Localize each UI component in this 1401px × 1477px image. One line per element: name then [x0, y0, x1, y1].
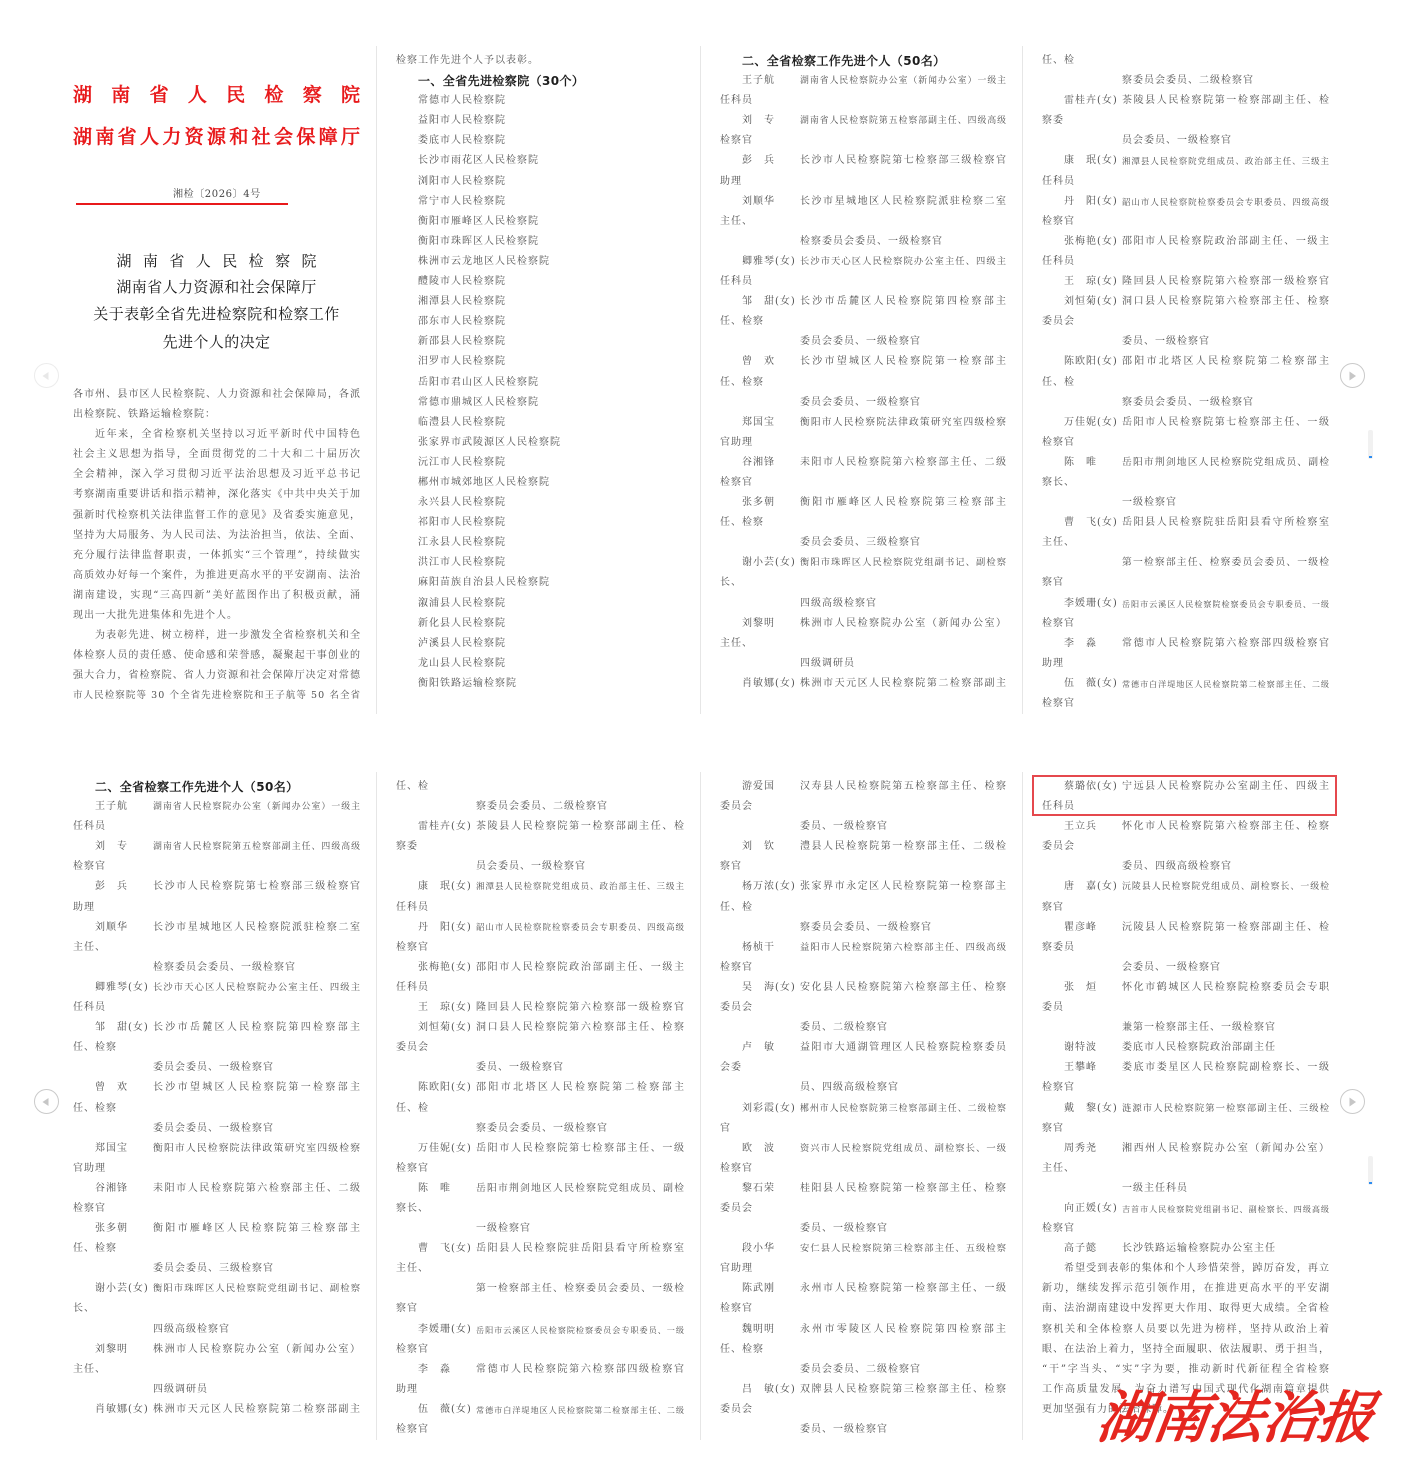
awardee-position: 茶陵县人民检察院第一检察部副主任、检 [476, 817, 684, 837]
line-text: 任、检察 [720, 1340, 1006, 1360]
awardee-position: 洞口县人民检察院第六检察部主任、检察 [1122, 292, 1329, 312]
line-text: 任科员 [396, 978, 684, 998]
line-text: 察长、 [396, 1199, 684, 1219]
awardee-position: 岳阳市荆剑地区人民检察院党组成员、副检 [476, 1179, 684, 1199]
line-text: 委员、一级检察官 [800, 817, 1006, 837]
document-title-line: 湖南省人力资源和社会保障厅 [73, 276, 360, 298]
continuation-line: 检察委员会委员、一级检察官 [73, 958, 360, 978]
court-list-item: 衡阳铁路运输检察院 [396, 674, 684, 694]
line-text: 衡阳市珠晖区人民检察院 [418, 232, 684, 252]
awardee-name: 卿雅琴(女) [742, 252, 800, 272]
court-list-item: 娄底市人民检察院 [396, 131, 684, 151]
body-text-line: 察机关和全体检察人员要以先进为榜样，坚持从政治上着 [1042, 1320, 1329, 1340]
line-text: 四级高级检察官 [800, 594, 1006, 614]
continuation-line: 第一检察部主任、检察委员会委员、一级检 [1042, 553, 1329, 573]
wrapped-line: 任、检 [720, 898, 1006, 918]
awardee-name: 王 琼(女) [418, 998, 476, 1018]
awardee-entry: 王 琼(女)隆回县人民检察院第六检察部一级检察官 [1042, 272, 1329, 292]
line-text: 强新时代检察机关法律监督工作的意见》及省委实施意见， [73, 506, 360, 526]
awardee-position: 岳阳市云溪区人民检察院检察委员会专职委员、一级 [1122, 594, 1329, 614]
document-page: 检察工作先进个人予以表彰。一、全省先进检察院（30个）常德市人民检察院益阳市人民… [378, 46, 701, 714]
awardee-name: 曾 欢 [95, 1078, 153, 1098]
line-text: 任科员 [1042, 797, 1329, 817]
line-text: 官助理 [720, 1259, 1006, 1279]
awardee-entry: 万佳妮(女)岳阳市人民检察院第七检察部主任、一级 [396, 1139, 684, 1159]
awardee-name: 刘黎明 [95, 1340, 153, 1360]
awardee-name: 高子懿 [1064, 1239, 1122, 1259]
awardee-name: 刘 专 [742, 111, 800, 131]
awardee-entry: 邹 甜(女)长沙市岳麓区人民检察院第四检察部主 [73, 1018, 360, 1038]
line-text: 娄底市人民检察院 [418, 131, 684, 151]
wrapped-line: 任、检察 [73, 1099, 360, 1119]
line-text: 坚持为大局服务、为人民司法、为法治担当，依法、全面、 [73, 526, 360, 546]
wrapped-line: 长、 [720, 573, 1006, 593]
next-arrow-icon [1341, 365, 1363, 387]
wrapped-line: 主任、 [73, 938, 360, 958]
awardee-name: 李媛珊(女) [418, 1320, 476, 1340]
awardee-entry: 曹 飞(女)岳阳县人民检察院驻岳阳县看守所检察室 [1042, 513, 1329, 533]
awardee-name: 陈武刚 [742, 1279, 800, 1299]
awardee-entry: 刘恒菊(女)洞口县人民检察院第六检察部主任、检察 [1042, 292, 1329, 312]
awardee-position: 耒阳市人民检察院第六检察部主任、二级 [153, 1179, 360, 1199]
body-text-line: 社会主义思想为指导，全面贯彻党的二十大和二十届历次 [73, 445, 360, 465]
awardee-position: 湖南省人民检察院办公室（新闻办公室）一级主 [153, 797, 360, 817]
awardee-name: 张梅艳(女) [418, 958, 476, 978]
continuation-line: 委员、一级检察官 [720, 1420, 1006, 1440]
wrapped-line: 委员会 [720, 1400, 1006, 1420]
awardee-position: 永州市零陵区人民检察院第四检察部主 [800, 1320, 1006, 1340]
awardee-entry: 曹 飞(女)岳阳县人民检察院驻岳阳县看守所检察室 [396, 1239, 684, 1259]
awardee-position: 怀化市人民检察院第六检察部主任、检察 [1122, 817, 1329, 837]
awardee-entry: 杨万浓(女)张家界市永定区人民检察院第一检察部主 [720, 877, 1006, 897]
court-list-item: 常德市鼎城区人民检察院 [396, 393, 684, 413]
line-text: 任科员 [720, 91, 1006, 111]
awardee-entry: 肖敏娜(女)株洲市天元区人民检察院第二检察部副主 [73, 1400, 360, 1420]
awardee-name: 杨万浓(女) [742, 877, 800, 897]
line-text: 委员会委员、三级检察官 [800, 533, 1006, 553]
awardee-entry: 康 珉(女)湘潭县人民检察院党组成员、政治部主任、三级主 [396, 877, 684, 897]
court-list-item: 醴陵市人民检察院 [396, 272, 684, 292]
awardee-entry: 万佳妮(女)岳阳市人民检察院第七检察部主任、一级 [1042, 413, 1329, 433]
awardee-name: 戴 黎(女) [1064, 1099, 1122, 1119]
line-text: 主任、 [1042, 533, 1329, 553]
court-list-item: 常德市人民检察院 [396, 91, 684, 111]
awardee-position: 衡阳市珠晖区人民检察院党组副书记、副检察 [153, 1279, 360, 1299]
line-text: 察官 [1042, 573, 1329, 593]
wrapped-line: 检察官 [396, 1420, 684, 1440]
awardee-position: 衡阳市雁峰区人民检察院第三检察部主 [800, 493, 1006, 513]
line-text: 任、检 [396, 1099, 684, 1119]
awardee-position: 长沙市望城区人民检察院第一检察部主 [800, 352, 1006, 372]
line-text: 助理 [1042, 654, 1329, 674]
line-text: 员会委员、一级检察官 [1122, 131, 1329, 151]
awardee-name: 丹 阳(女) [418, 918, 476, 938]
previous-arrow-icon [35, 365, 57, 387]
awardee-entry: 谢小芸(女)衡阳市珠晖区人民检察院党组副书记、副检察 [73, 1279, 360, 1299]
awardee-entry: 张梅艳(女)邵阳市人民检察院政治部副主任、一级主 [396, 958, 684, 978]
line-text: 检察官 [396, 1420, 684, 1440]
awardee-entry: 陈欧阳(女)邵阳市北塔区人民检察院第二检察部主 [396, 1078, 684, 1098]
awardee-name: 卢 敏 [742, 1038, 800, 1058]
line-text: 南、法治湖南建设中发挥更大作用、取得更大成绩。全省检 [1042, 1299, 1329, 1319]
line-text: 检察官 [720, 1159, 1006, 1179]
awardee-entry: 王子航湖南省人民检察院办公室（新闻办公室）一级主 [73, 797, 360, 817]
court-list-item: 常宁市人民检察院 [396, 192, 684, 212]
continuation-line: 委员、一级检察官 [720, 1219, 1006, 1239]
section-heading: 二、全省检察工作先进个人（50名） [73, 777, 360, 797]
continuation-line: 四级调研员 [720, 654, 1006, 674]
awardee-position: 常德市白洋堤地区人民检察院第二检察部主任、二级 [1122, 674, 1329, 694]
line-text: 察长、 [1042, 473, 1329, 493]
line-text: 常德市人民检察院 [418, 91, 684, 111]
wrapped-line: 检察官 [1042, 614, 1329, 634]
wrapped-line: 察长、 [396, 1199, 684, 1219]
wrapped-line: 检察官 [1042, 1078, 1329, 1098]
awardee-name: 李媛珊(女) [1064, 594, 1122, 614]
line-text: 官助理 [720, 433, 1006, 453]
line-text: 委员会 [1042, 837, 1329, 857]
body-text-line: 现出一大批先进集体和先进个人。 [73, 606, 360, 626]
line-text: 检察官 [396, 1340, 684, 1360]
line-text: 察委员 [1042, 938, 1329, 958]
line-text: 一级检察官 [476, 1219, 684, 1239]
continuation-line: 兼第一检察部主任、一级检察官 [1042, 1018, 1329, 1038]
awardee-position: 衡阳市人民检察院法律政策研究室四级检察 [153, 1139, 360, 1159]
continuation-line: 委员、一级检察官 [1042, 332, 1329, 352]
awardee-name: 杨桢干 [742, 938, 800, 958]
line-text: 主任、 [396, 1259, 684, 1279]
wrapped-line: 任科员 [1042, 172, 1329, 192]
wrapped-line: 任科员 [73, 817, 360, 837]
wrapped-line: 主任、 [73, 1360, 360, 1380]
line-text: 检察委员会委员、一级检察官 [800, 232, 1006, 252]
awardee-entry: 王 琼(女)隆回县人民检察院第六检察部一级检察官 [396, 998, 684, 1018]
line-text: 长沙市雨花区人民检察院 [418, 151, 684, 171]
awardee-name: 张梅艳(女) [1064, 232, 1122, 252]
line-text: 市人民检察院等 30 个全省先进检察院和王子航等 50 名全省 [73, 686, 360, 706]
awardee-entry: 刘 专湖南省人民检察院第五检察部副主任、四级高级 [720, 111, 1006, 131]
line-text: 检察官 [720, 131, 1006, 151]
awardee-entry: 向正媛(女)吉首市人民检察院党组副书记、副检察长、四级高级 [1042, 1199, 1329, 1219]
line-text: 醴陵市人民检察院 [418, 272, 684, 292]
awardee-name: 王 琼(女) [1064, 272, 1122, 292]
awardee-position: 长沙市望城区人民检察院第一检察部主 [153, 1078, 360, 1098]
line-text: 龙山县人民检察院 [418, 654, 684, 674]
awardee-entry: 刘 钦澧县人民检察院第一检察部主任、二级检 [720, 837, 1006, 857]
line-text: 兼第一检察部主任、一级检察官 [1122, 1018, 1329, 1038]
continuation-line: 四级高级检察官 [720, 594, 1006, 614]
line-text: 沅江市人民检察院 [418, 453, 684, 473]
awardee-entry: 雷桂卉(女)茶陵县人民检察院第一检察部副主任、检 [396, 817, 684, 837]
awardee-entry: 吴 海(女)安化县人民检察院第六检察部主任、检察 [720, 978, 1006, 998]
court-list-item: 溆浦县人民检察院 [396, 594, 684, 614]
paragraph-first-line: 为表彰先进、树立榜样，进一步激发全省检察机关和全 [73, 626, 360, 646]
line-text: 一级检察官 [1122, 493, 1329, 513]
awardee-position: 岳阳市人民检察院第七检察部主任、一级 [476, 1139, 684, 1159]
awardee-name: 康 珉(女) [1064, 151, 1122, 171]
awardee-name: 蔡璐依(女) [1064, 777, 1122, 797]
awardee-position: 吉首市人民检察院党组副书记、副检察长、四级高级 [1122, 1199, 1329, 1219]
awardee-position: 茶陵县人民检察院第一检察部副主任、检 [1122, 91, 1329, 111]
scrollbar-thumb[interactable] [1369, 456, 1372, 458]
awardee-name: 段小华 [742, 1239, 800, 1259]
wrapped-line: 任科员 [396, 978, 684, 998]
awardee-position: 株洲市人民检察院办公室（新闻办公室） [153, 1340, 360, 1360]
awardee-name: 瞿彦峰 [1064, 918, 1122, 938]
wrapped-line: 任、检察 [73, 1239, 360, 1259]
scrollbar-thumb[interactable] [1369, 1182, 1372, 1184]
body-text-line: 新功，继续发挥示范引领作用，在推进更高水平的平安湖 [1042, 1279, 1329, 1299]
wrapped-line: 官助理 [720, 433, 1006, 453]
newspaper-logo-watermark: 湖南法治报 [1093, 1382, 1378, 1454]
document-title-line: 关于表彰全省先进检察院和检察工作 [73, 303, 360, 325]
court-list-item: 新邵县人民检察院 [396, 332, 684, 352]
line-text: 洪江市人民检察院 [418, 553, 684, 573]
body-text-line: 检察工作先进个人予以表彰。 [396, 51, 684, 71]
awardee-name: 向正媛(女) [1064, 1199, 1122, 1219]
line-text: 任科员 [1042, 172, 1329, 192]
awardee-name: 谢小芸(女) [95, 1279, 153, 1299]
awardee-entry: 黎石荣桂阳县人民检察院第一检察部主任、检察 [720, 1179, 1006, 1199]
wrapped-line: 官 [720, 1119, 1006, 1139]
awardee-entry: 谷湘锋耒阳市人民检察院第六检察部主任、二级 [73, 1179, 360, 1199]
awardee-entry: 雷桂卉(女)茶陵县人民检察院第一检察部副主任、检 [1042, 91, 1329, 111]
line-text: 衡阳市雁峰区人民检察院 [418, 212, 684, 232]
awardee-entry: 伍 薇(女)常德市白洋堤地区人民检察院第二检察部主任、二级 [396, 1400, 684, 1420]
wrapped-line: 检察官 [396, 1340, 684, 1360]
line-text: 委员会委员、一级检察官 [153, 1058, 360, 1078]
awardee-entry: 刘恒菊(女)洞口县人民检察院第六检察部主任、检察 [396, 1018, 684, 1038]
continuation-line: 一级检察官 [396, 1219, 684, 1239]
awardee-position: 株洲市天元区人民检察院第二检察部副主 [153, 1400, 360, 1420]
wrapped-line: 委员会 [1042, 312, 1329, 332]
wrapped-line: 检察官 [720, 1159, 1006, 1179]
line-text: 察委 [1042, 111, 1329, 131]
court-list-item: 沅江市人民检察院 [396, 453, 684, 473]
awardee-entry: 魏明明永州市零陵区人民检察院第四检察部主 [720, 1320, 1006, 1340]
continuation-line: 委员会委员、一级检察官 [73, 1119, 360, 1139]
line-text: 察委员会委员、一级检察官 [1122, 393, 1329, 413]
document-title-line: 先进个人的决定 [73, 331, 360, 353]
body-text-line: 出检察院、铁路运输检察院： [73, 405, 360, 425]
line-text: 任、检察 [720, 373, 1006, 393]
awardee-name: 王子航 [742, 71, 800, 91]
awardee-position: 衡阳市人民检察院法律政策研究室四级检察 [800, 413, 1006, 433]
document-viewer-row: 湖南省人民检察院 湖南省人力资源和社会保障厅 湘检〔2026〕4号 湖南省人民检… [0, 46, 1401, 714]
awardee-position: 长沙市岳麓区人民检察院第四检察部主 [800, 292, 1006, 312]
awardee-position: 沅陵县人民检察院党组成员、副检察长、一级检 [1122, 877, 1329, 897]
court-list-item: 麻阳苗族自治县人民检察院 [396, 573, 684, 593]
vertical-scrollbar[interactable] [1368, 430, 1373, 459]
line-text: 主任、 [1042, 1159, 1329, 1179]
awardee-position: 安化县人民检察院第六检察部主任、检察 [800, 978, 1006, 998]
awardee-position: 湘潭县人民检察院党组成员、政治部主任、三级主 [1122, 151, 1329, 171]
wrapped-line: 任科员 [1042, 252, 1329, 272]
line-text: 临澧县人民检察院 [418, 413, 684, 433]
line-text: 委员、一级检察官 [1122, 332, 1329, 352]
continuation-line: 一级检察官 [1042, 493, 1329, 513]
awardee-name: 彭 兵 [742, 151, 800, 171]
wrapped-line: 检察官 [73, 1199, 360, 1219]
wrapped-line: 察长、 [1042, 473, 1329, 493]
awardee-entry: 刘顺华长沙市星城地区人民检察院派驻检察二室 [720, 192, 1006, 212]
line-text: 全会精神，深入学习贯彻习近平法治思想及习近平总书记 [73, 465, 360, 485]
awardee-entry: 陈武刚永州市人民检察院第一检察部主任、一级 [720, 1279, 1006, 1299]
wrapped-line: 察官 [720, 857, 1006, 877]
red-header-rule [76, 203, 288, 205]
body-text-line: 考察湖南重要讲话和指示精神，深化落实《中共中央关于加 [73, 485, 360, 505]
awardee-entry: 卿雅琴(女)长沙市天心区人民检察院办公室主任、四级主 [720, 252, 1006, 272]
line-text: 员会委员、一级检察官 [476, 857, 684, 877]
wrapped-line: 任、检 [396, 1099, 684, 1119]
court-list-item: 汨罗市人民检察院 [396, 352, 684, 372]
line-text: 察官 [720, 857, 1006, 877]
document-body: 各市州、县市区人民检察院、人力资源和社会保障局，各派出检察院、铁路运输检察院：近… [73, 385, 360, 707]
awardee-position: 隆回县人民检察院第六检察部一级检察官 [476, 998, 684, 1018]
awardee-position: 长沙市天心区人民检察院办公室主任、四级主 [153, 978, 360, 998]
line-text: 委员会 [396, 1038, 684, 1058]
awardee-position: 娄底市娄星区人民检察院副检察长、一级 [1122, 1058, 1329, 1078]
awardee-name: 刘彩霞(女) [742, 1099, 800, 1119]
awardee-position: 隆回县人民检察院第六检察部一级检察官 [1122, 272, 1329, 292]
line-text: 委员 [1042, 998, 1329, 1018]
wrapped-line: 检察官 [1042, 694, 1329, 714]
awardee-entry: 曾 欢长沙市望城区人民检察院第一检察部主 [73, 1078, 360, 1098]
awardee-name: 曾 欢 [742, 352, 800, 372]
awardee-entry: 高子懿长沙铁路运输检察院办公室主任 [1042, 1239, 1329, 1259]
line-text: 现出一大批先进集体和先进个人。 [73, 606, 360, 626]
line-text: 第一检察部主任、检察委员会委员、一级检 [1122, 553, 1329, 573]
continuation-line: 委员会委员、三级检察官 [73, 1259, 360, 1279]
awardee-entry: 陈欧阳(女)邵阳市北塔区人民检察院第二检察部主 [1042, 352, 1329, 372]
awardee-position: 涟源市人民检察院第一检察部副主任、三级检 [1122, 1099, 1329, 1119]
awardee-entry: 郑国宝衡阳市人民检察院法律政策研究室四级检察 [73, 1139, 360, 1159]
awardee-name: 陈 唯 [1064, 453, 1122, 473]
court-list-item: 临澧县人民检察院 [396, 413, 684, 433]
line-text: 察官 [1042, 898, 1329, 918]
line-text: 检察官 [720, 958, 1006, 978]
line-text: 察官 [1042, 1119, 1329, 1139]
wrapped-line: 会委 [720, 1058, 1006, 1078]
wrapped-line: 任、检 [1042, 51, 1329, 71]
awardee-name: 丹 阳(女) [1064, 192, 1122, 212]
awardee-position: 邵阳市人民检察院政治部副主任、一级主 [476, 958, 684, 978]
line-text: 祁阳市人民检察院 [418, 513, 684, 533]
vertical-scrollbar[interactable] [1368, 1156, 1373, 1185]
line-text: 检察委员会委员、一级检察官 [153, 958, 360, 978]
awardee-name: 王攀峰 [1064, 1058, 1122, 1078]
body-text-line: 强大合力，省检察院、省人力资源和社会保障厅决定对常德 [73, 666, 360, 686]
line-text: 委员会委员、三级检察官 [153, 1259, 360, 1279]
line-text: 任、检 [1042, 373, 1329, 393]
body-text-line: 充分履行法律监督职责，一体抓实“三个管理”，持续做实 [73, 546, 360, 566]
line-text: 长、 [73, 1299, 360, 1319]
wrapped-line: 察官 [396, 1299, 684, 1319]
line-text: 出检察院、铁路运输检察院： [73, 405, 360, 425]
line-text: 检察官 [396, 1159, 684, 1179]
body-text-line: 强新时代检察机关法律监督工作的意见》及省委实施意见， [73, 506, 360, 526]
awardee-name: 刘黎明 [742, 614, 800, 634]
line-text: 会委员、一级检察官 [1122, 958, 1329, 978]
line-text: 湘潭县人民检察院 [418, 292, 684, 312]
body-text-line: “干”字当头、“实”字为要，推动新时代新征程全省检察 [1042, 1360, 1329, 1380]
awardee-position: 岳阳县人民检察院驻岳阳县看守所检察室 [1122, 513, 1329, 533]
line-text: 委员会委员、二级检察官 [800, 1360, 1006, 1380]
next-page-button[interactable] [1340, 1089, 1365, 1114]
wrapped-line: 主任、 [720, 634, 1006, 654]
wrapped-line: 助理 [720, 172, 1006, 192]
awardee-position: 岳阳市人民检察院第七检察部主任、一级 [1122, 413, 1329, 433]
line-text: 察机关和全体检察人员要以先进为榜样，坚持从政治上着 [1042, 1320, 1329, 1340]
wrapped-line: 任、检察 [73, 1038, 360, 1058]
awardee-entry: 王攀峰娄底市娄星区人民检察院副检察长、一级 [1042, 1058, 1329, 1078]
line-text: 委员、一级检察官 [476, 1058, 684, 1078]
line-text: 委员会委员、一级检察官 [153, 1119, 360, 1139]
awardee-entry: 刘黎明株洲市人民检察院办公室（新闻办公室） [720, 614, 1006, 634]
awardee-name: 张 烜 [1064, 978, 1122, 998]
awardee-name: 魏明明 [742, 1320, 800, 1340]
awardee-entry: 李 淼常德市人民检察院第六检察部四级检察官 [396, 1360, 684, 1380]
awardee-name: 谢特波 [1064, 1038, 1122, 1058]
awardee-position: 长沙市人民检察院第七检察部三级检察官 [153, 877, 360, 897]
awardee-entry: 刘顺华长沙市星城地区人民检察院派驻检察二室 [73, 918, 360, 938]
awardee-name: 吕 敏(女) [742, 1380, 800, 1400]
awardee-position: 益阳市大通湖管理区人民检察院检察委员 [800, 1038, 1006, 1058]
court-list-item: 郴州市城郊地区人民检察院 [396, 473, 684, 493]
wrapped-line: 检察官 [1042, 433, 1329, 453]
awardee-name: 郑国宝 [95, 1139, 153, 1159]
awardee-name: 肖敏娜(女) [742, 674, 800, 694]
wrapped-line: 委员会 [720, 1199, 1006, 1219]
line-text: 体检察人员的责任感、使命感和荣誉感，凝聚起干事创业的 [73, 646, 360, 666]
line-text: 长、 [720, 573, 1006, 593]
awardee-position: 桂阳县人民检察院第一检察部主任、检察 [800, 1179, 1006, 1199]
line-text: 委员会 [720, 797, 1006, 817]
wrapped-line: 委员 [1042, 998, 1329, 1018]
line-text: 任科员 [396, 898, 684, 918]
awardee-position: 耒阳市人民检察院第六检察部主任、二级 [800, 453, 1006, 473]
line-text: 眼、在法治上着力，坚持全面履职、依法履职、勇于担当， [1042, 1340, 1329, 1360]
awardee-entry: 张 烜怀化市鹤城区人民检察院检察委员会专职 [1042, 978, 1329, 998]
awardee-entry: 李 淼常德市人民检察院第六检察部四级检察官 [1042, 634, 1329, 654]
continuation-line: 委员会委员、一级检察官 [73, 1058, 360, 1078]
awardee-position: 湖南省人民检察院办公室（新闻办公室）一级主 [800, 71, 1006, 91]
body-text-line: 市人民检察院等 30 个全省先进检察院和王子航等 50 名全省 [73, 686, 360, 706]
awardee-entry: 张多朝衡阳市雁峰区人民检察院第三检察部主 [73, 1219, 360, 1239]
awardee-position: 汉寿县人民检察院第五检察部主任、检察 [800, 777, 1006, 797]
awardee-position: 湘西州人民检察院办公室（新闻办公室） [1122, 1139, 1329, 1159]
awardee-position: 资兴市人民检察院党组成员、副检察长、一级 [800, 1139, 1006, 1159]
line-text: 助理 [73, 898, 360, 918]
wrapped-line: 任、检察 [720, 1340, 1006, 1360]
awardee-position: 长沙铁路运输检察院办公室主任 [1122, 1239, 1329, 1259]
awardee-entry: 游爱国汉寿县人民检察院第五检察部主任、检察 [720, 777, 1006, 797]
awardee-entry: 谢特波娄底市人民检察院政治部副主任 [1042, 1038, 1329, 1058]
awardee-position: 怀化市鹤城区人民检察院检察委员会专职 [1122, 978, 1329, 998]
line-text: 员、四级高级检察官 [800, 1078, 1006, 1098]
wrapped-line: 主任、 [1042, 533, 1329, 553]
line-text: 常德市鼎城区人民检察院 [418, 393, 684, 413]
wrapped-line: 任科员 [720, 91, 1006, 111]
line-text: 浏阳市人民检察院 [418, 172, 684, 192]
next-page-button[interactable] [1340, 363, 1365, 388]
awardee-name: 刘恒菊(女) [418, 1018, 476, 1038]
awardee-name: 雷桂卉(女) [418, 817, 476, 837]
line-text: 检察官 [1042, 433, 1329, 453]
line-text: 邵东市人民检察院 [418, 312, 684, 332]
line-text: 岳阳市君山区人民检察院 [418, 373, 684, 393]
line-text: 委员、一级检察官 [800, 1420, 1006, 1440]
